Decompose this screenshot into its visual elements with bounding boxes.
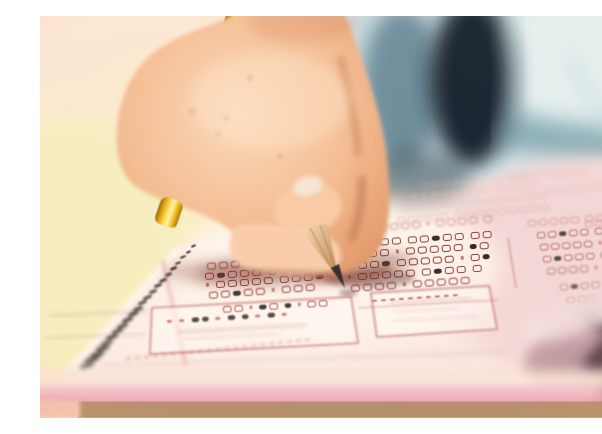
exam-photo: Close-up photograph of a right hand hold…	[40, 16, 602, 418]
scene-top	[40, 16, 602, 418]
warm-vignette	[40, 16, 602, 418]
